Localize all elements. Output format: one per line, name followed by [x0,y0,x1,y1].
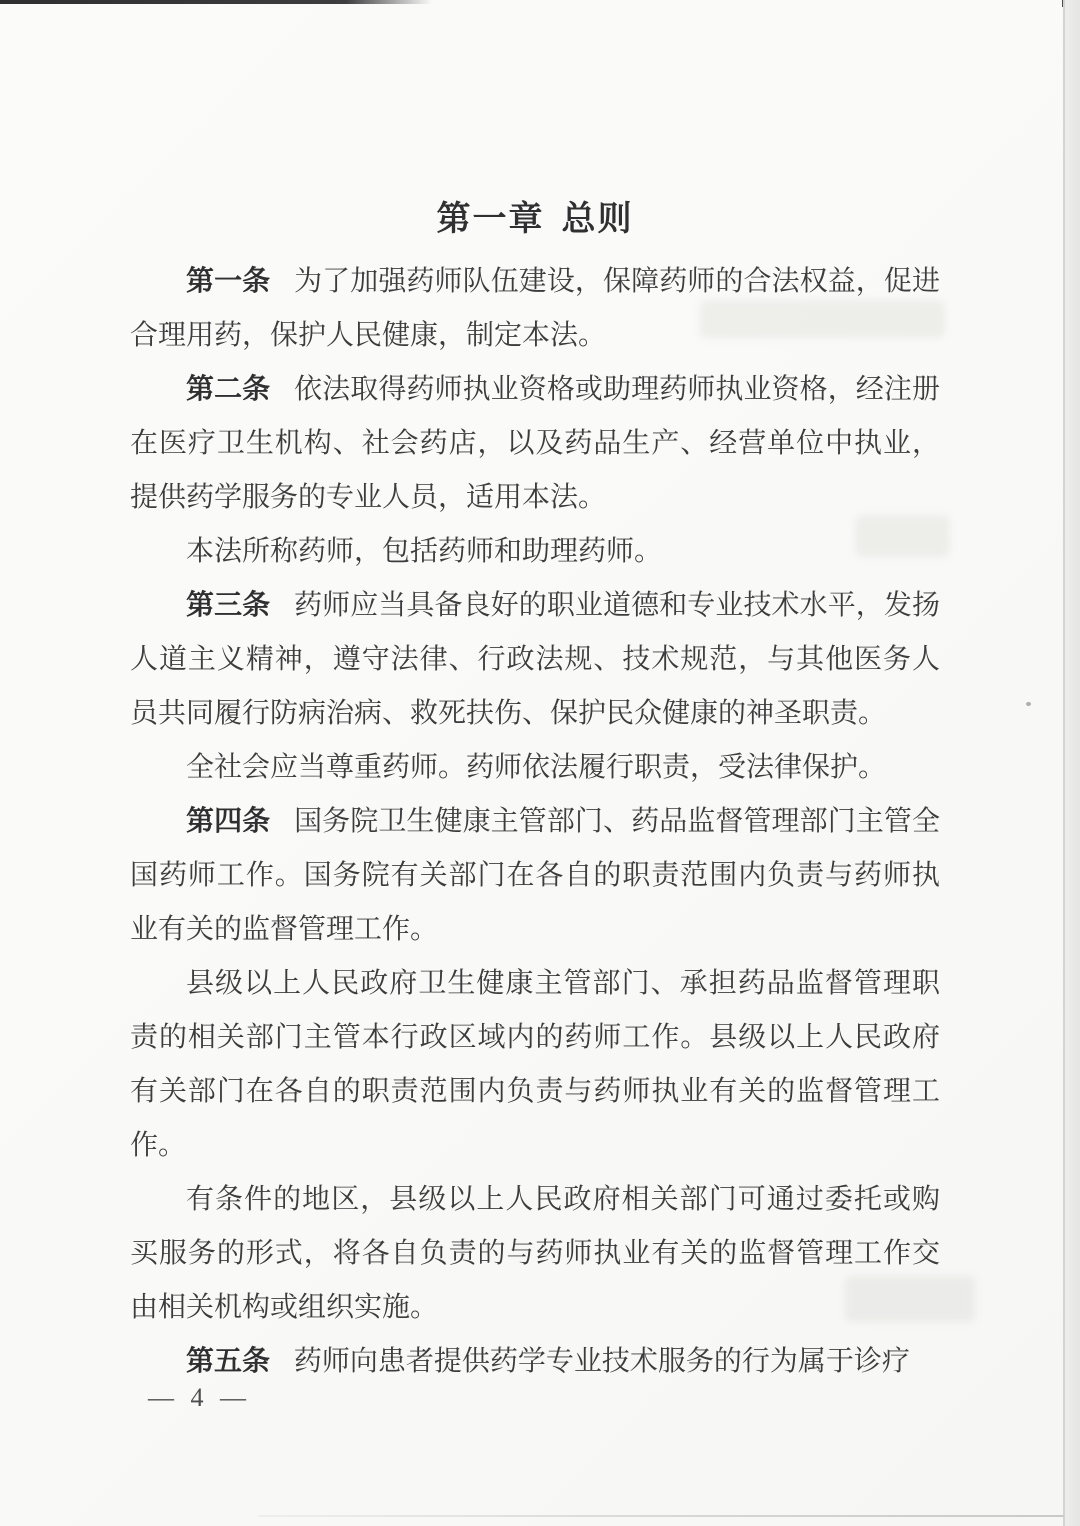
chapter-number: 第一章 [437,201,545,238]
paragraph-text: 药师向患者提供药学专业技术服务的行为属于诊疗 [294,1346,910,1377]
chapter-heading: 第一章总则 [130,196,940,244]
scanned-document-page: 第一章总则 第一条为了加强药师队伍建设，保障药师的合法权益，促进合理用药，保护人… [0,0,1080,1526]
scan-speck [1026,702,1031,706]
article-paragraph: 第四条国务院卫生健康主管部门、药品监督管理部门主管全国药师工作。国务院有关部门在… [130,795,940,957]
page-number: — 4 — [148,1383,251,1413]
document-body: 第一章总则 第一条为了加强药师队伍建设，保障药师的合法权益，促进合理用药，保护人… [130,196,940,1389]
article-paragraph: 第二条依法取得药师执业资格或助理药师执业资格，经注册在医疗卫生机构、社会药店，以… [130,363,940,525]
article-number-label: 第四条 [186,806,270,837]
page-edge-shadow [1063,0,1080,1526]
chapter-name: 总则 [562,201,634,238]
article-paragraph: 本法所称药师，包括药师和助理药师。 [130,525,940,579]
paragraph-text: 有条件的地区，县级以上人民政府相关部门可通过委托或购买服务的形式，将各自负责的与… [130,1184,940,1323]
article-paragraph: 县级以上人民政府卫生健康主管部门、承担药品监督管理职责的相关部门主管本行政区域内… [130,957,940,1173]
article-paragraph: 全社会应当尊重药师。药师依法履行职责，受法律保护。 [130,741,940,795]
paragraph-text: 县级以上人民政府卫生健康主管部门、承担药品监督管理职责的相关部门主管本行政区域内… [130,968,940,1161]
article-paragraph: 第五条药师向患者提供药学专业技术服务的行为属于诊疗 [130,1335,940,1389]
article-number-label: 第二条 [186,374,270,405]
paragraph-text: 全社会应当尊重药师。药师依法履行职责，受法律保护。 [186,752,886,783]
article-number-label: 第一条 [186,266,270,297]
article-paragraph: 第三条药师应当具备良好的职业道德和专业技术水平，发扬人道主义精神，遵守法律、行政… [130,579,940,741]
article-number-label: 第三条 [186,590,270,621]
scan-edge-artifact-bottom [258,1515,1064,1517]
article-number-label: 第五条 [186,1346,270,1377]
paragraph-text: 本法所称药师，包括药师和助理药师。 [186,536,662,567]
article-paragraph: 第一条为了加强药师队伍建设，保障药师的合法权益，促进合理用药，保护人民健康，制定… [130,255,940,363]
scan-edge-artifact-top [0,0,432,4]
article-paragraph: 有条件的地区，县级以上人民政府相关部门可通过委托或购买服务的形式，将各自负责的与… [130,1173,940,1335]
